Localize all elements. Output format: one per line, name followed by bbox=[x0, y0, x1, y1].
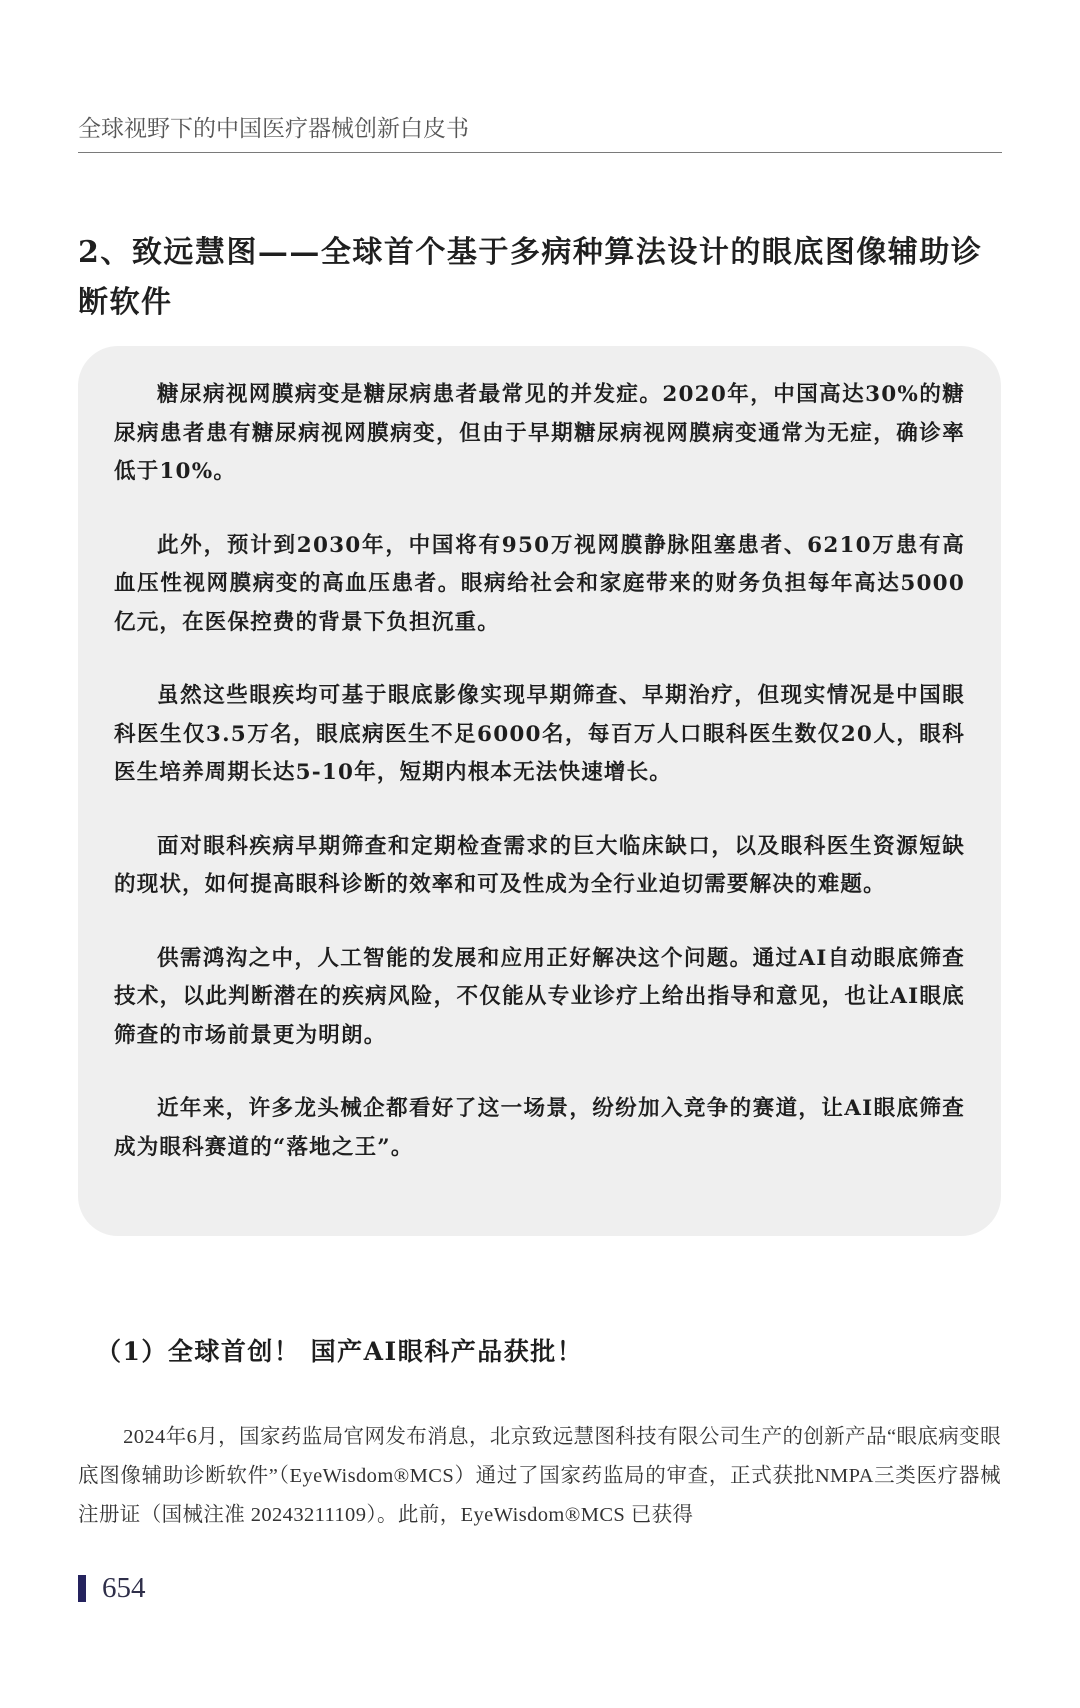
page-number: 654 bbox=[102, 1572, 146, 1605]
callout-paragraph: 此外，预计到2030年，中国将有950万视网膜静脉阻塞患者、6210万患有高血压… bbox=[114, 527, 965, 643]
callout-paragraph: 虽然这些眼疾均可基于眼底影像实现早期筛查、早期治疗，但现实情况是中国眼科医生仅3… bbox=[114, 677, 965, 793]
header-divider bbox=[78, 152, 1002, 153]
callout-paragraph: 供需鸿沟之中，人工智能的发展和应用正好解决这个问题。通过AI自动眼底筛查技术，以… bbox=[114, 940, 965, 1056]
callout-paragraph: 面对眼科疾病早期筛查和定期检查需求的巨大临床缺口，以及眼科医生资源短缺的现状，如… bbox=[114, 828, 965, 905]
subsection-heading: （1）全球首创！ 国产AI眼科产品获批！ bbox=[96, 1332, 583, 1368]
callout-box: 糖尿病视网膜病变是糖尿病患者最常见的并发症。2020年，中国高达30%的糖尿病患… bbox=[78, 346, 1001, 1236]
page-marker-bar bbox=[78, 1575, 86, 1602]
section-title: 2、致远慧图——全球首个基于多病种算法设计的眼底图像辅助诊断软件 bbox=[78, 228, 1008, 328]
callout-paragraph: 近年来，许多龙头械企都看好了这一场景，纷纷加入竞争的赛道，让AI眼底筛查成为眼科… bbox=[114, 1090, 965, 1167]
page-footer: 654 bbox=[78, 1572, 146, 1605]
callout-paragraph: 糖尿病视网膜病变是糖尿病患者最常见的并发症。2020年，中国高达30%的糖尿病患… bbox=[114, 376, 965, 492]
body-paragraph: 2024年6月，国家药监局官网发布消息，北京致远慧图科技有限公司生产的创新产品“… bbox=[78, 1418, 1001, 1535]
running-header: 全球视野下的中国医疗器械创新白皮书 bbox=[78, 110, 469, 143]
